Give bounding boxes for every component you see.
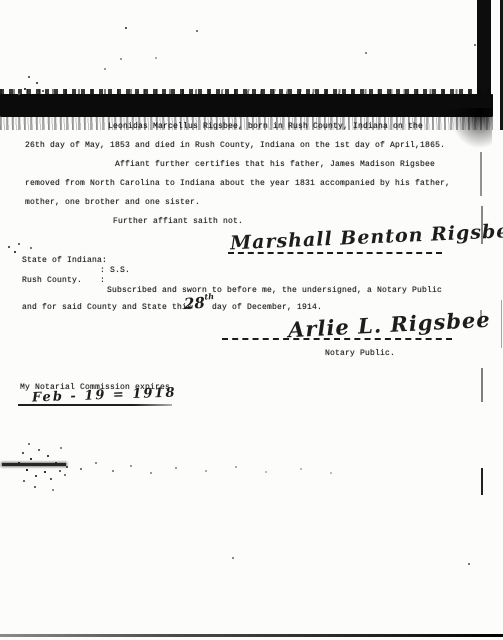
scan-artifact-vertical-dash (501, 300, 502, 348)
scan-artifact-vertical-dash (480, 152, 482, 196)
scan-artifact-vertical-dash (481, 468, 483, 495)
jurat-ss-label: : S.S. (100, 266, 130, 275)
jurat-sworn-line-1: Subscribed and sworn to before me, the u… (107, 286, 442, 295)
scan-artifact-vertical-dash (481, 368, 483, 402)
affidavit-line-6: Further affiant saith not. (113, 217, 243, 226)
scan-artifact-black-band (0, 94, 493, 117)
affidavit-line-1: Leonidas Marcellus Rigsbee, born in Rush… (108, 122, 423, 131)
affidavit-line-5: mother, one brother and one sister. (25, 198, 200, 207)
jurat-handwritten-day: 28th (183, 293, 215, 313)
jurat-sworn-line-2-prefix: and for said County and State this (22, 303, 192, 312)
commission-date-underline (18, 404, 172, 406)
scan-artifact-bottom-rule (0, 634, 503, 637)
affidavit-line-3: Affiant further certifies that his fathe… (115, 160, 435, 169)
jurat-sworn-line-2-suffix: day of December, 1914. (212, 303, 322, 312)
jurat-day-suffix: th (204, 291, 214, 302)
scan-artifact-ink-wedge (448, 108, 492, 150)
jurat-county-colon: : (100, 276, 105, 285)
jurat-county-line: Rush County. (22, 276, 82, 285)
scanned-affidavit-page: Leonidas Marcellus Rigsbee, born in Rush… (0, 0, 503, 640)
affidavit-line-2: 26th day of May, 1853 and died in Rush C… (25, 141, 445, 150)
affiant-signature-line (228, 252, 442, 254)
affiant-signature: Marshall Benton Rigsbee (230, 220, 503, 255)
scan-ink-smudge (2, 463, 66, 466)
notary-title: Notary Public. (325, 349, 395, 358)
jurat-state-line: State of Indiana: (22, 256, 107, 265)
notary-signature: Arlie L. Rigsbee (287, 307, 491, 343)
affidavit-line-4: removed from North Carolina to Indiana a… (25, 179, 450, 188)
jurat-day-number: 28 (183, 294, 205, 313)
scan-noise-bottom-left (0, 0, 2, 2)
notary-signature-line (222, 338, 452, 340)
